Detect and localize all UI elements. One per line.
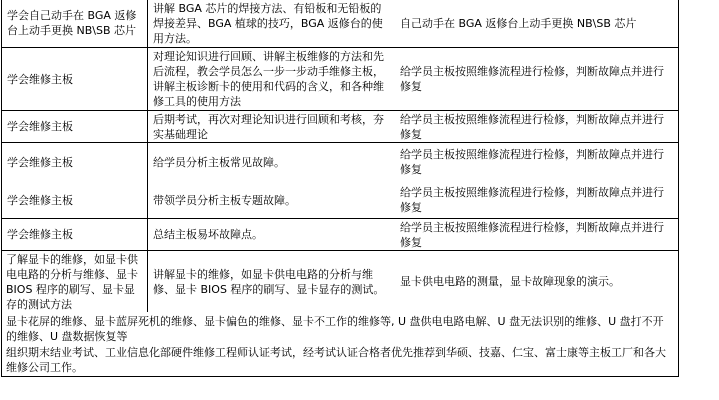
content-text: 总结主板易坏故障点。 [153,227,263,242]
practice-text: 给学员主板按照维修流程进行检修，判断故障点并进行修复 [400,220,673,250]
objective-text: 了解显卡的维修，如显卡供电电路的分析与维修、显卡 BIOS 程序的刷写、显卡显存… [6,252,143,312]
objective-cell: 了解显卡的维修，如显卡供电电路的分析与维修、显卡 BIOS 程序的刷写、显卡显存… [2,251,148,312]
practice-text: 给学员主板按照维修流程进行检修，判断故障点并进行修复 [400,64,673,94]
content-cell: 给学员分析主板常见故障。 [148,143,394,181]
footer-line: 显卡花屏的维修、显卡蓝屏死机的维修、显卡偏色的维修、显卡不工作的维修等, U 盘… [6,314,674,344]
objective-cell: 学会维修主板 [2,219,148,250]
objective-text: 学会维修主板 [7,227,73,242]
objective-text: 学会自己动手在 BGA 返修台上动手更换 NB\SB 芯片 [7,8,142,38]
practice-text: 给学员主板按照维修流程进行检修，判断故障点并进行修复 [400,112,673,142]
content-cell: 总结主板易坏故障点。 [148,219,394,250]
table-row: 了解显卡的维修，如显卡供电电路的分析与维修、显卡 BIOS 程序的刷写、显卡显存… [2,250,678,312]
content-cell: 讲解显卡的维修，如显卡供电电路的分析与维修、显卡 BIOS 程序的刷写、显卡显存… [148,251,394,312]
practice-text: 显卡供电电路的测量，显卡故障现象的演示。 [400,274,620,289]
practice-text: 给学员主板按照维修流程进行检修，判断故障点并进行修复 [400,147,673,177]
content-cell: 带领学员分析主板专题故障。 [148,181,394,219]
objective-cell: 学会维修主板 [2,143,148,181]
objective-text: 学会维修主板 [7,119,73,134]
table-row: 学会维修主板 带领学员分析主板专题故障。 给学员主板按照维修流程进行检修，判断故… [2,181,678,219]
table-row: 学会维修主板 总结主板易坏故障点。 给学员主板按照维修流程进行检修，判断故障点并… [2,218,678,250]
footer-repair-text: 显卡花屏的维修、显卡蓝屏死机的维修、显卡偏色的维修、显卡不工作的维修等, U 盘… [2,314,678,344]
table-row-group: 学会维修主板 给学员分析主板常见故障。 给学员主板按照维修流程进行检修，判断故障… [2,142,678,218]
course-table: 学会自己动手在 BGA 返修台上动手更换 NB\SB 芯片 讲解 BGA 芯片的… [1,0,679,377]
content-cell: 后期考试，再次对理论知识进行回顾和考核，夯实基础理论 [148,111,394,142]
content-text: 讲解显卡的维修，如显卡供电电路的分析与维修、显卡 BIOS 程序的刷写、显卡显存… [153,267,389,297]
content-text: 后期考试，再次对理论知识进行回顾和考核，夯实基础理论 [153,112,389,142]
objective-cell: 学会维修主板 [2,48,148,110]
table-row: 学会维修主板 后期考试，再次对理论知识进行回顾和考核，夯实基础理论 给学员主板按… [2,110,678,142]
table-row: 学会维修主板 给学员分析主板常见故障。 给学员主板按照维修流程进行检修，判断故障… [2,143,678,181]
practice-cell: 给学员主板按照维修流程进行检修，判断故障点并进行修复 [394,48,678,110]
objective-text: 学会维修主板 [7,193,73,208]
practice-text: 给学员主板按照维修流程进行检修，判断故障点并进行修复 [400,185,673,215]
content-cell: 对理论知识进行回顾、讲解主板维修的方法和先后流程，教会学员怎么一步一步动手维修主… [148,48,394,110]
objective-text: 学会维修主板 [7,72,73,87]
content-text: 带领学员分析主板专题故障。 [153,193,296,208]
content-text: 给学员分析主板常见故障。 [153,155,285,170]
objective-cell: 学会维修主板 [2,181,148,219]
objective-cell: 学会自己动手在 BGA 返修台上动手更换 NB\SB 芯片 [2,0,148,47]
table-row: 学会维修主板 对理论知识进行回顾、讲解主板维修的方法和先后流程，教会学员怎么一步… [2,47,678,110]
practice-cell: 给学员主板按照维修流程进行检修，判断故障点并进行修复 [394,143,678,181]
practice-text: 自己动手在 BGA 返修台上动手更换 NB\SB 芯片 [400,16,636,31]
practice-cell: 给学员主板按照维修流程进行检修，判断故障点并进行修复 [394,219,678,250]
practice-cell: 给学员主板按照维修流程进行检修，判断故障点并进行修复 [394,181,678,219]
objective-text: 学会维修主板 [7,155,73,170]
practice-cell: 给学员主板按照维修流程进行检修，判断故障点并进行修复 [394,111,678,142]
footer-exam-text: 组织期末结业考试、工业信息化部硬件维修工程师认证考试，经考试认证合格者优先推荐到… [2,345,678,375]
footer-line: 组织期末结业考试、工业信息化部硬件维修工程师认证考试，经考试认证合格者优先推荐到… [6,345,674,375]
content-text: 对理论知识进行回顾、讲解主板维修的方法和先后流程，教会学员怎么一步一步动手维修主… [153,49,389,109]
practice-cell: 自己动手在 BGA 返修台上动手更换 NB\SB 芯片 [394,0,678,47]
content-cell: 讲解 BGA 芯片的焊接方法、有铅板和无铅板的焊接差异、BGA 植球的技巧，BG… [148,0,394,47]
objective-cell: 学会维修主板 [2,111,148,142]
table-row: 学会自己动手在 BGA 返修台上动手更换 NB\SB 芯片 讲解 BGA 芯片的… [2,0,678,47]
content-text: 讲解 BGA 芯片的焊接方法、有铅板和无铅板的焊接差异、BGA 植球的技巧，BG… [153,1,389,46]
practice-cell: 显卡供电电路的测量，显卡故障现象的演示。 [394,251,678,312]
